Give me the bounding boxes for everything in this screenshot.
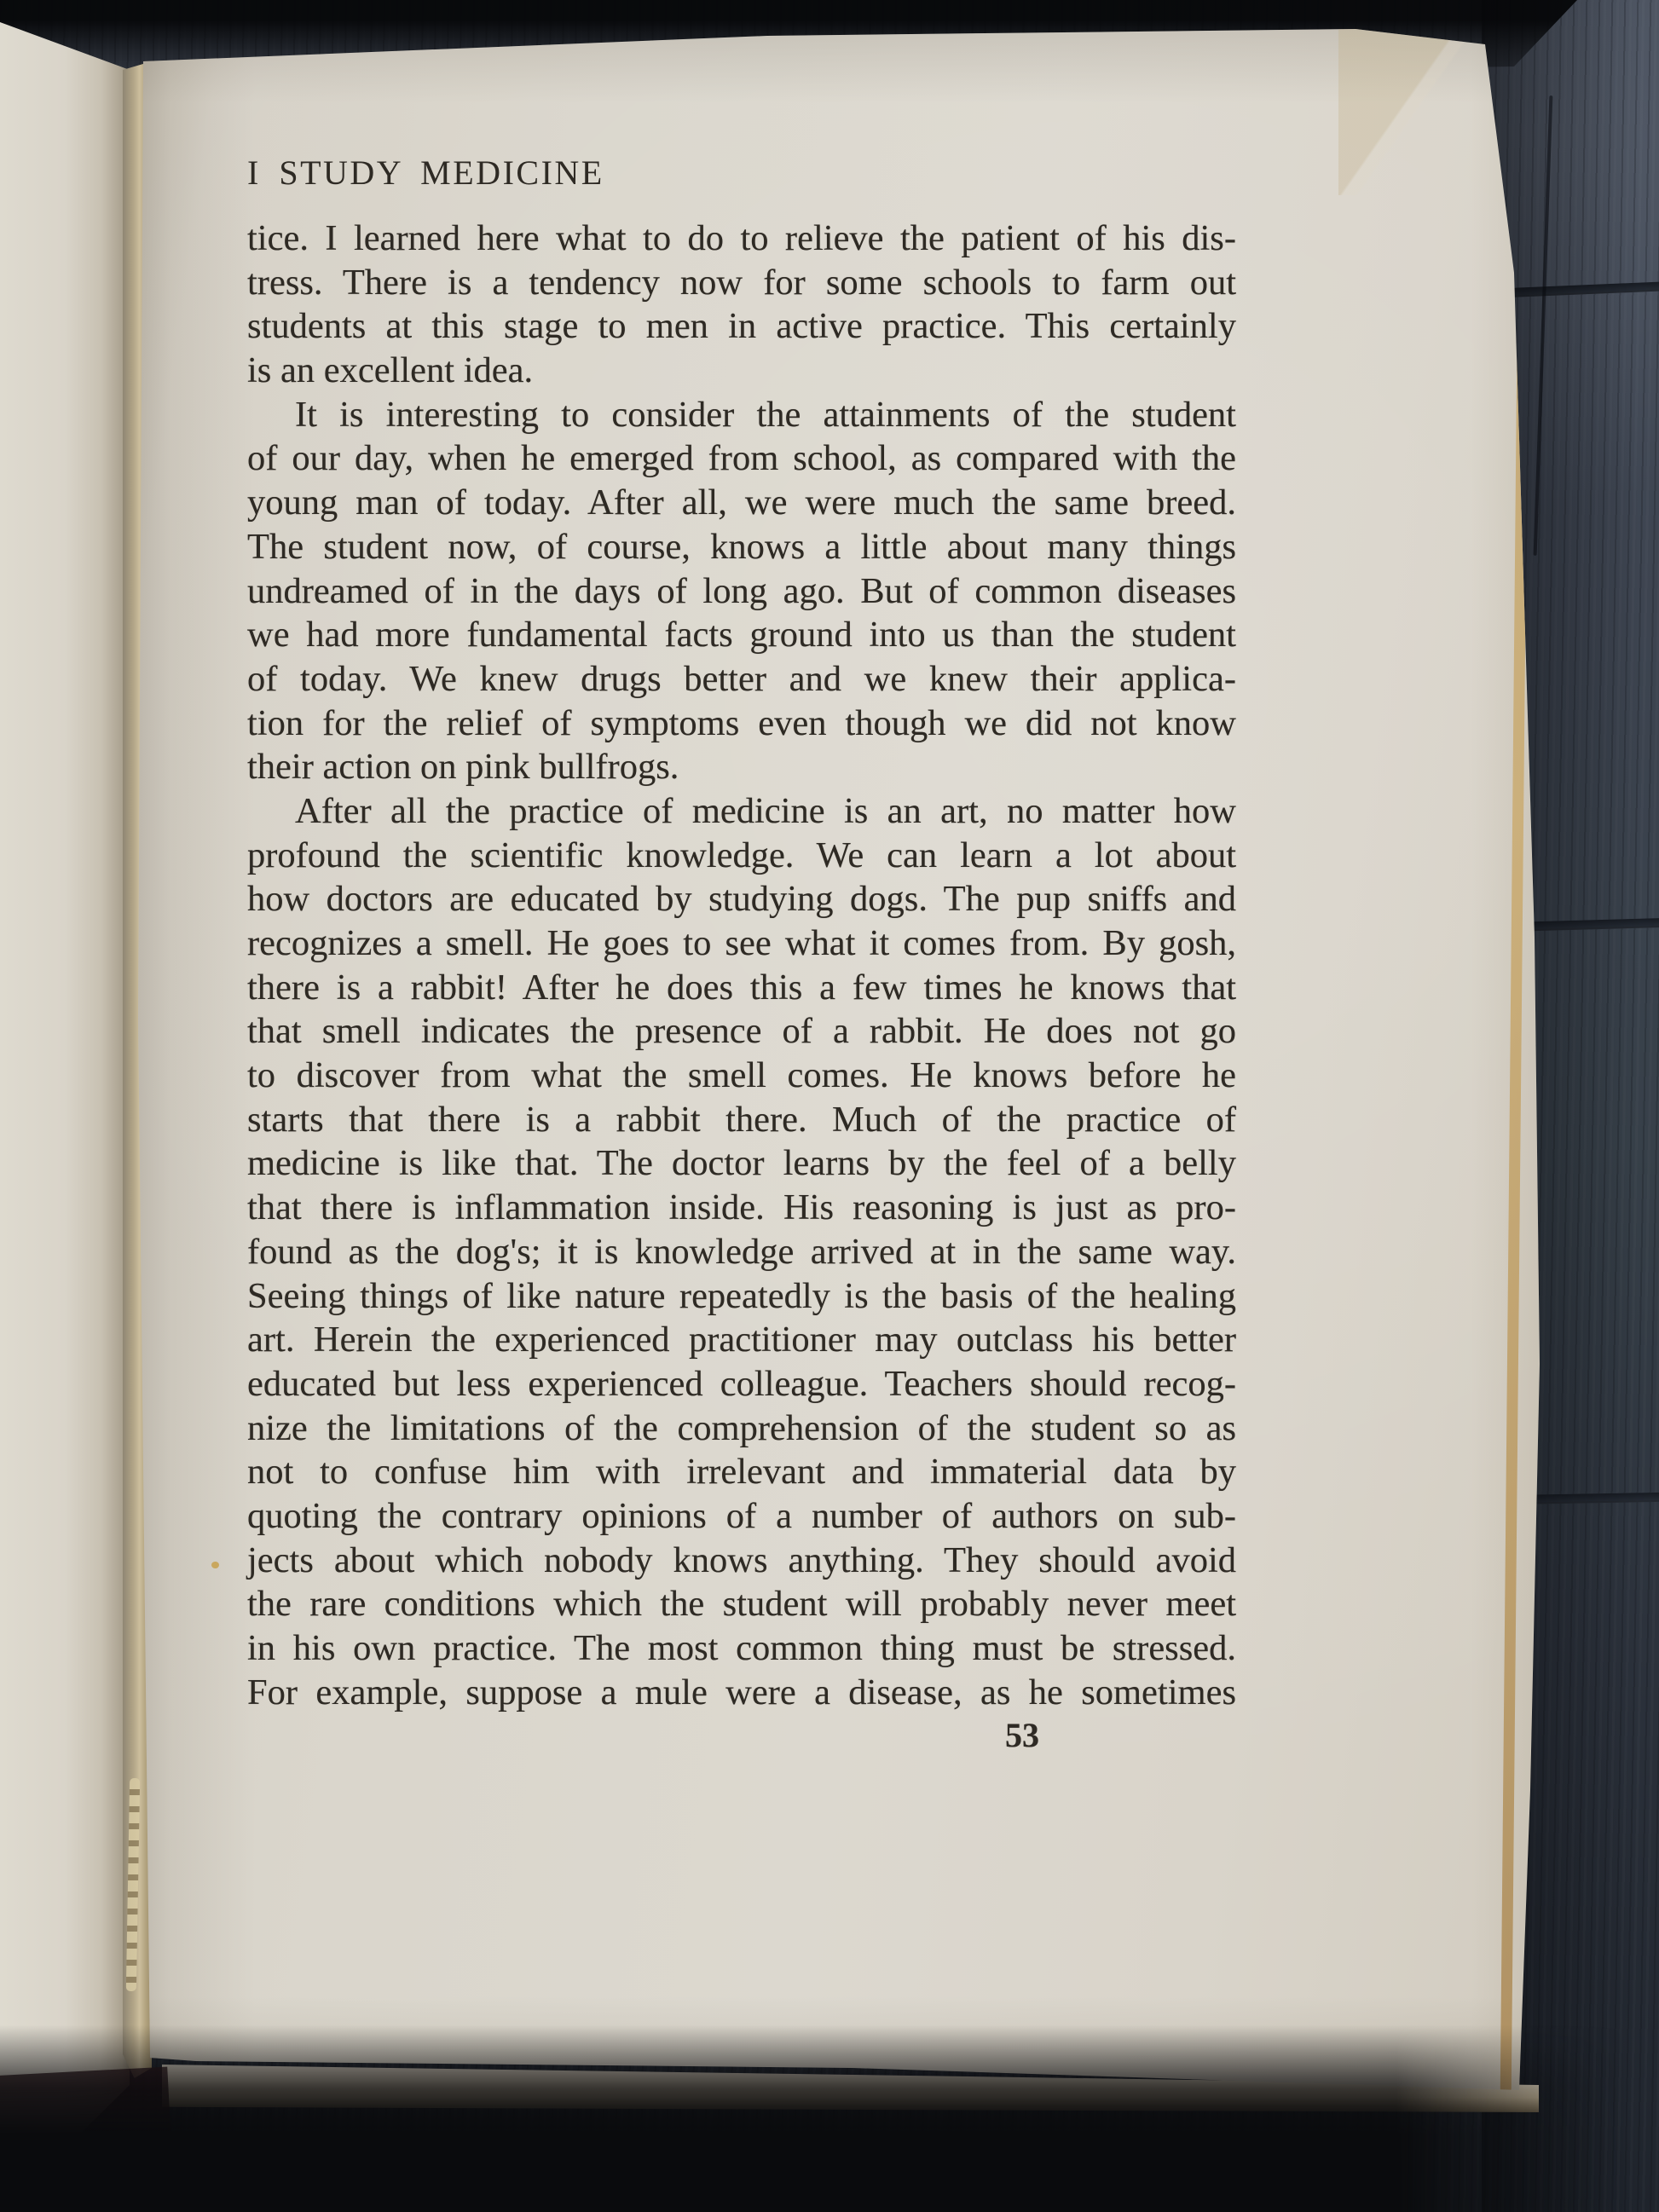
page-number: 53 [984,1715,1061,1755]
text-line: After all the practice of medicine is an… [247,789,1236,834]
text-line: there is a rabbit! After he does this a … [247,966,1236,1010]
text-line: profound the scientific knowledge. We ca… [247,834,1236,878]
text-line: nize the limitations of the comprehensio… [247,1406,1236,1451]
text-line: undreamed of in the days of long ago. Bu… [247,569,1236,614]
text-line: of today. We knew drugs better and we kn… [247,657,1236,702]
book-bottom-shadow [0,2025,1624,2212]
text-line: is an excellent idea. [247,349,1236,393]
text-line: tice. I learned here what to do to relie… [247,217,1236,261]
text-line: The student now, of course, knows a litt… [247,525,1236,569]
text-line: we had more fundamental facts ground int… [247,613,1236,657]
text-line: not to confuse him with irrelevant and i… [247,1450,1236,1494]
chapter-running-head: I STUDY MEDICINE [247,154,604,192]
text-line: students at this stage to men in active … [247,304,1236,349]
text-line: tress. There is a tendency now for some … [247,261,1236,305]
text-line: their action on pink bullfrogs. [247,745,1236,789]
text-line: that there is inflammation inside. His r… [247,1186,1236,1230]
text-line: the rare conditions which the student wi… [247,1582,1236,1626]
text-line: For example, suppose a mule were a disea… [247,1671,1236,1715]
text-line: starts that there is a rabbit there. Muc… [247,1098,1236,1142]
body-text: tice. I learned here what to do to relie… [247,217,1236,1714]
text-line: educated but less experienced colleague.… [247,1362,1236,1406]
book-photo: I STUDY MEDICINE tice. I learned here wh… [0,0,1659,2212]
left-page-edge [0,0,130,2148]
text-line: recognizes a smell. He goes to see what … [247,921,1236,966]
text-line: to discover from what the smell comes. H… [247,1054,1236,1098]
text-line: how doctors are educated by studying dog… [247,877,1236,921]
text-line: tion for the relief of symptoms even tho… [247,702,1236,746]
text-line: medicine is like that. The doctor learns… [247,1141,1236,1186]
text-line: young man of today. After all, we were m… [247,481,1236,525]
text-line: Seeing things of like nature repeatedly … [247,1274,1236,1319]
book-page: I STUDY MEDICINE tice. I learned here wh… [119,22,1552,2107]
paper-speck [211,1562,219,1568]
text-line: found as the dog's; it is knowledge arri… [247,1230,1236,1274]
text-line: of our day, when he emerged from school,… [247,436,1236,481]
text-line: art. Herein the experienced practitioner… [247,1318,1236,1362]
text-line: in his own practice. The most common thi… [247,1626,1236,1671]
text-line: quoting the contrary opinions of a numbe… [247,1494,1236,1539]
text-line: jects about which nobody knows anything.… [247,1539,1236,1583]
text-line: It is interesting to consider the attain… [247,393,1236,437]
text-line: that smell indicates the presence of a r… [247,1009,1236,1054]
